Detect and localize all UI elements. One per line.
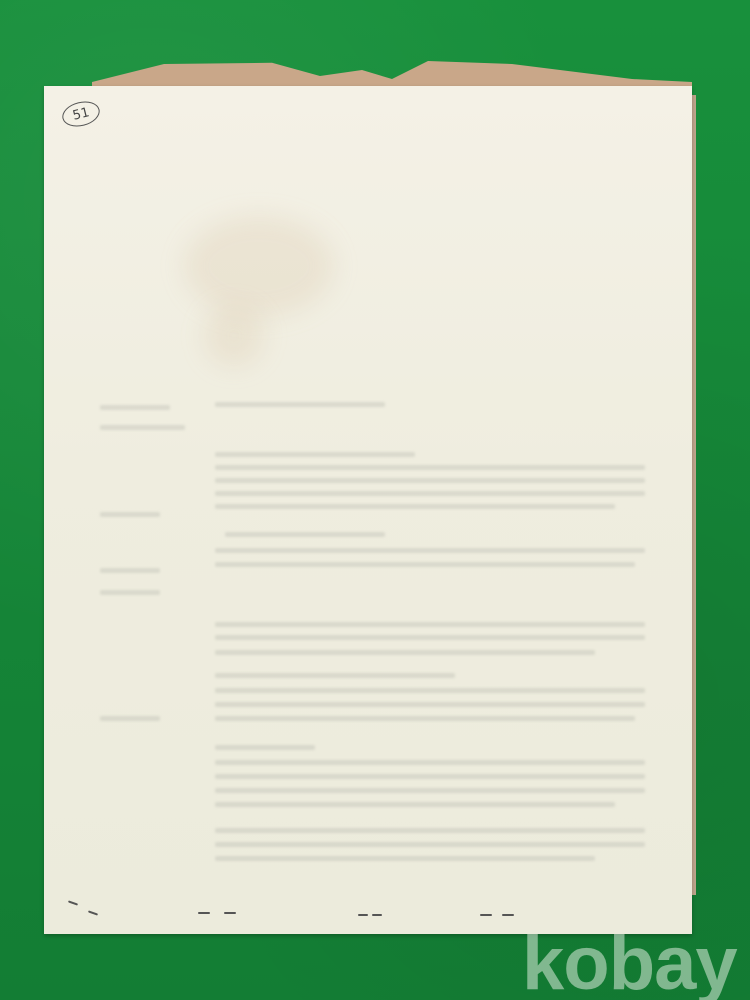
faint-text-line <box>215 622 645 627</box>
faint-text-line <box>215 650 595 655</box>
faint-text-line <box>215 491 645 496</box>
faint-text-line <box>215 504 615 509</box>
faint-text-line <box>215 702 645 707</box>
faint-text-line <box>215 688 645 693</box>
faint-text-line <box>215 548 645 553</box>
faint-text-line <box>215 856 595 861</box>
faint-text-line <box>215 673 455 678</box>
kobay-watermark: kobay <box>522 920 737 1000</box>
water-stain <box>204 306 264 366</box>
faint-text-line <box>215 562 635 567</box>
faint-text-line <box>215 842 645 847</box>
faint-text-line <box>215 452 415 457</box>
pencil-mark <box>502 914 514 916</box>
pencil-mark <box>358 914 368 916</box>
faint-text-line <box>100 590 160 595</box>
faint-text-line <box>100 405 170 410</box>
faint-text-line <box>215 802 615 807</box>
pencil-mark <box>224 912 236 914</box>
faint-text-line <box>100 716 160 721</box>
faint-text-line <box>215 774 645 779</box>
faint-text-line <box>215 760 645 765</box>
faint-text-line <box>100 568 160 573</box>
faint-text-line <box>215 465 645 470</box>
faint-text-line <box>215 635 645 640</box>
faint-text-line <box>225 532 385 537</box>
faint-text-line <box>215 745 315 750</box>
pencil-mark <box>198 912 210 914</box>
faint-text-line <box>215 828 645 833</box>
water-stain <box>184 216 334 316</box>
faint-text-line <box>215 788 645 793</box>
faint-text-line <box>215 478 645 483</box>
faint-text-line <box>100 425 185 430</box>
faint-text-line <box>215 716 635 721</box>
faint-text-line <box>215 402 385 407</box>
faint-text-line <box>100 512 160 517</box>
pencil-mark <box>480 914 492 916</box>
pencil-mark <box>372 914 382 916</box>
